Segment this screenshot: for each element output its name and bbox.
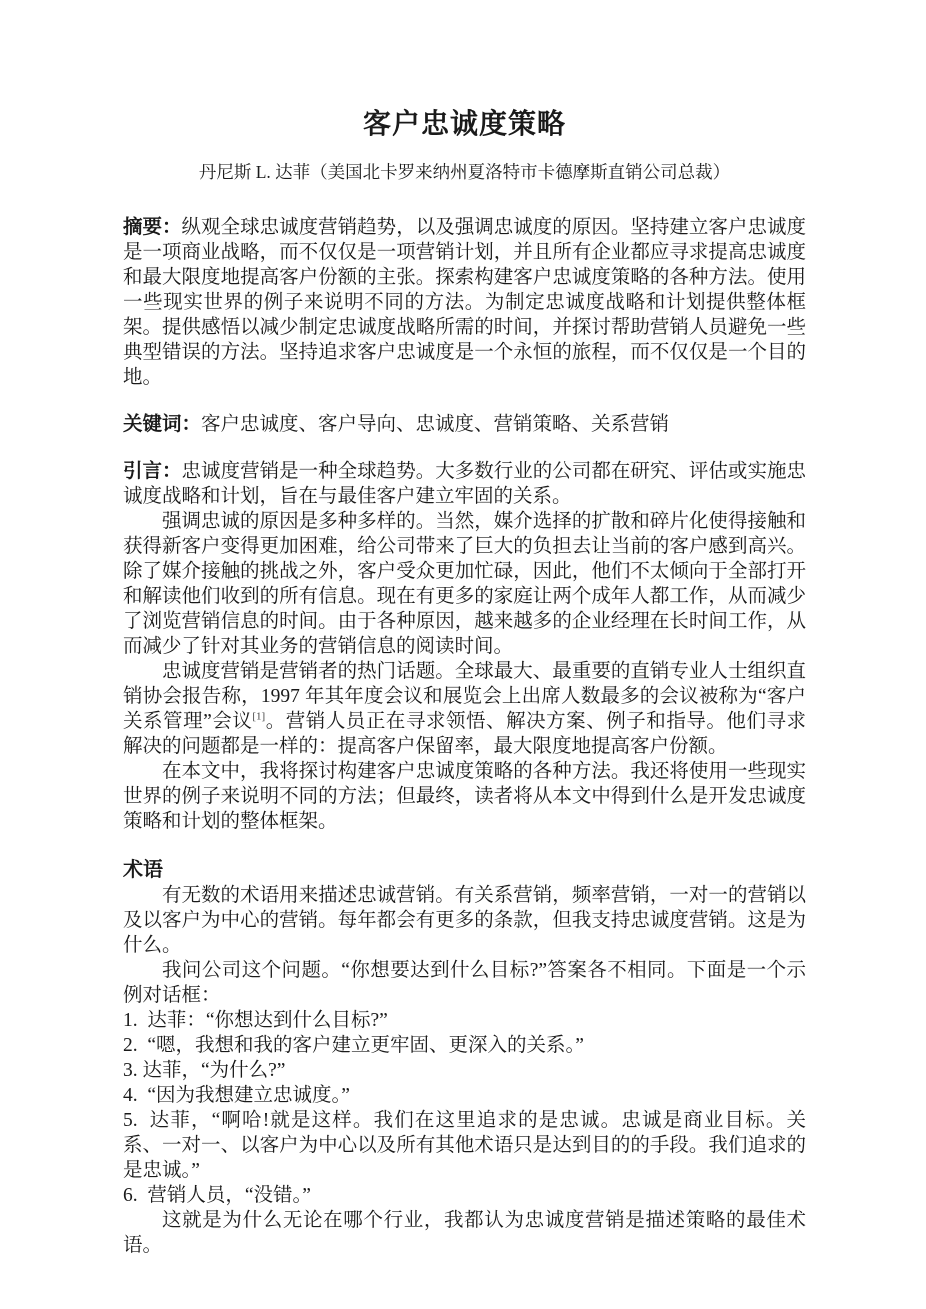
abstract-label: 摘要：	[123, 216, 182, 238]
terms-paragraph-2: 我问公司这个问题。“你想要达到什么目标?”答案各不相同。下面是一个示例对话框：	[123, 958, 806, 1008]
terms-section-heading: 术语	[123, 858, 806, 883]
keywords-label: 关键词：	[123, 413, 201, 435]
dialog-item-1: 1. 达菲：“你想达到什么目标?”	[123, 1008, 806, 1033]
footnote-reference-1: [1]	[252, 711, 265, 723]
introduction-label: 引言：	[123, 460, 182, 482]
introduction-paragraph: 引言：忠诚度营销是一种全球趋势。大多数行业的公司都在研究、评估或实施忠诚度战略和…	[123, 459, 806, 509]
dialog-item-4: 4. “因为我想建立忠诚度。”	[123, 1083, 806, 1108]
paragraph-media-challenges: 强调忠诚的原因是多种多样的。当然，媒介选择的扩散和碎片化使得接触和获得新客户变得…	[123, 509, 806, 659]
dialog-item-5: 5. 达菲，“啊哈!就是这样。我们在这里追求的是忠诚。忠诚是商业目标。关系、一对…	[123, 1108, 806, 1183]
abstract-text: 纵观全球忠诚度营销趋势，以及强调忠诚度的原因。坚持建立客户忠诚度是一项商业战略，…	[123, 217, 806, 388]
dialog-item-6: 6. 营销人员，“没错。”	[123, 1183, 806, 1208]
document-title: 客户忠诚度策略	[123, 104, 806, 144]
document-page: 客户忠诚度策略 丹尼斯 L. 达菲（美国北卡罗来纳州夏洛特市卡德摩斯直销公司总裁…	[0, 0, 926, 1309]
keywords-line: 关键词：客户忠诚度、客户导向、忠诚度、营销策略、关系营销	[123, 412, 806, 437]
paragraph-article-overview: 在本文中，我将探讨构建客户忠诚度策略的各种方法。我还将使用一些现实世界的例子来说…	[123, 759, 806, 834]
introduction-text: 忠诚度营销是一种全球趋势。大多数行业的公司都在研究、评估或实施忠诚度战略和计划，…	[123, 461, 806, 507]
abstract-paragraph: 摘要：纵观全球忠诚度营销趋势，以及强调忠诚度的原因。坚持建立客户忠诚度是一项商业…	[123, 215, 806, 390]
paragraph-hot-topic: 忠诚度营销是营销者的热门话题。全球最大、最重要的直销专业人士组织直销协会报告称，…	[123, 659, 806, 759]
keywords-text: 客户忠诚度、客户导向、忠诚度、营销策略、关系营销	[201, 414, 669, 435]
author-byline: 丹尼斯 L. 达菲（美国北卡罗来纳州夏洛特市卡德摩斯直销公司总裁）	[123, 160, 806, 185]
dialog-item-3: 3. 达菲，“为什么?”	[123, 1058, 806, 1083]
terms-closing-paragraph: 这就是为什么无论在哪个行业，我都认为忠诚度营销是描述策略的最佳术语。	[123, 1208, 806, 1258]
dialog-item-2: 2. “嗯，我想和我的客户建立更牢固、更深入的关系。”	[123, 1033, 806, 1058]
terms-paragraph-1: 有无数的术语用来描述忠诚营销。有关系营销，频率营销，一对一的营销以及以客户为中心…	[123, 883, 806, 958]
